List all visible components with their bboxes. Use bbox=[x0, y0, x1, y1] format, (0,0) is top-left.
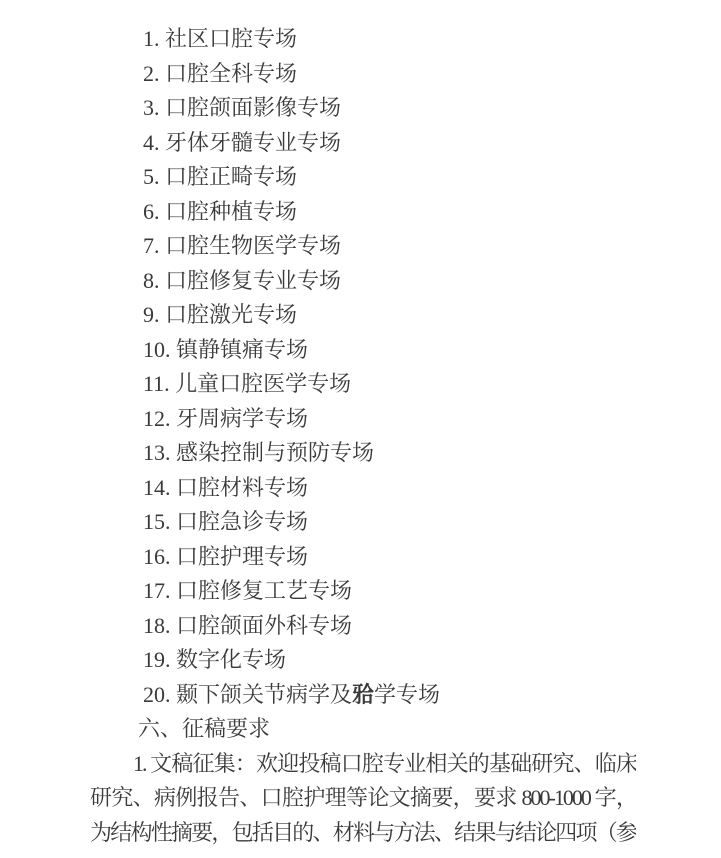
session-item-19: 19. 数字化专场 bbox=[90, 643, 636, 678]
session-item-6: 6. 口腔种植专场 bbox=[90, 195, 636, 230]
session-item-17: 17. 口腔修复工艺专场 bbox=[90, 574, 636, 609]
session-item-1: 1. 社区口腔专场 bbox=[90, 22, 636, 57]
session-item-10: 10. 镇静镇痛专场 bbox=[90, 333, 636, 368]
session-item-20-prefix: 20. 颞下颌关节病学及 bbox=[143, 682, 352, 707]
session-item-2: 2. 口腔全科专场 bbox=[90, 57, 636, 92]
session-item-9: 9. 口腔激光专场 bbox=[90, 298, 636, 333]
session-item-8: 8. 口腔修复专业专场 bbox=[90, 264, 636, 299]
session-item-3: 3. 口腔颌面影像专场 bbox=[90, 91, 636, 126]
session-item-11: 11. 儿童口腔医学专场 bbox=[90, 367, 636, 402]
session-item-18: 18. 口腔颌面外科专场 bbox=[90, 609, 636, 644]
paragraph: 1. 文稿征集：欢迎投稿口腔专业相关的基础研究、临床 研究、病例报告、口腔护理等… bbox=[90, 747, 636, 851]
session-item-14: 14. 口腔材料专场 bbox=[90, 471, 636, 506]
session-item-7: 7. 口腔生物医学专场 bbox=[90, 229, 636, 264]
session-item-16: 16. 口腔护理专场 bbox=[90, 540, 636, 575]
session-item-13: 13. 感染控制与预防专场 bbox=[90, 436, 636, 471]
session-item-15: 15. 口腔急诊专场 bbox=[90, 505, 636, 540]
text-block: 1. 社区口腔专场 2. 口腔全科专场 3. 口腔颌面影像专场 4. 牙体牙髓专… bbox=[90, 22, 636, 850]
occlusion-he-character: 𬌗 bbox=[352, 683, 374, 708]
session-item-12: 12. 牙周病学专场 bbox=[90, 402, 636, 437]
paragraph-line-3: 为结构性摘要，包括目的、材料与方法、结果与结论四项（参 bbox=[90, 816, 636, 851]
session-item-20-suffix: 学专场 bbox=[374, 682, 440, 707]
section-heading: 六、征稿要求 bbox=[90, 712, 636, 747]
paragraph-line-2: 研究、病例报告、口腔护理等论文摘要，要求 800-1000 字， bbox=[90, 781, 636, 816]
session-item-5: 5. 口腔正畸专场 bbox=[90, 160, 636, 195]
paragraph-line-1: 1. 文稿征集：欢迎投稿口腔专业相关的基础研究、临床 bbox=[90, 747, 636, 782]
session-list: 1. 社区口腔专场 2. 口腔全科专场 3. 口腔颌面影像专场 4. 牙体牙髓专… bbox=[90, 22, 636, 712]
session-item-20: 20. 颞下颌关节病学及𬌗学专场 bbox=[90, 678, 636, 713]
document-page: 1. 社区口腔专场 2. 口腔全科专场 3. 口腔颌面影像专场 4. 牙体牙髓专… bbox=[0, 0, 721, 858]
session-item-4: 4. 牙体牙髓专业专场 bbox=[90, 126, 636, 161]
